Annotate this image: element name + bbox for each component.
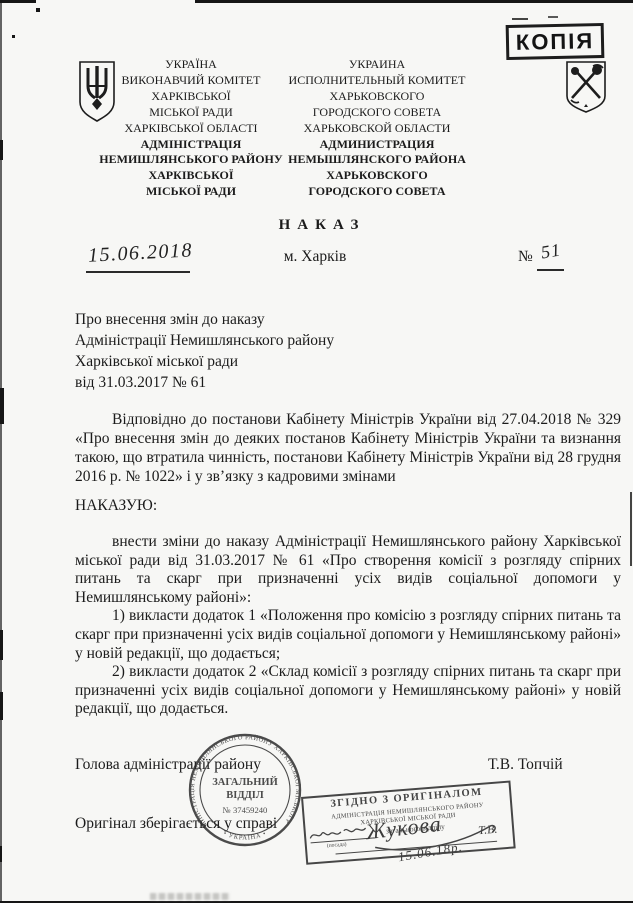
round-seal: АДМІНІСТРАЦІЯ НЕМИШЛЯНСЬКОГО РАЙОНУ ХАРК… xyxy=(186,731,304,849)
city-label: м. Харків xyxy=(75,248,555,266)
scan-artifact xyxy=(0,388,4,424)
scan-artifact xyxy=(195,0,633,3)
position-caption: (посада) xyxy=(327,842,347,850)
signer-name: Т.В. Топчій xyxy=(488,756,563,774)
scan-artifact xyxy=(0,692,3,720)
preamble-text: Відповідно до постанови Кабінету Міністр… xyxy=(75,410,621,486)
scan-artifact xyxy=(0,140,3,160)
preamble-paragraph: Відповідно до постанови Кабінету Міністр… xyxy=(75,410,621,486)
certification-stamp: ЗГІДНО З ОРИГІНАЛОМ АДМІНІСТРАЦІЯ НЕМИШЛ… xyxy=(301,781,516,865)
order-item-2: 2) викласти додаток 2 «Склад комісії з р… xyxy=(75,663,621,719)
org-name-ru: УКРАИНА ИСПОЛНИТЕЛЬНЫЙ КОМИТЕТ ХАРЬКОВСК… xyxy=(281,57,473,137)
org-name-uk: УКРАЇНА ВИКОНАВЧИЙ КОМІТЕТ ХАРКІВСЬКОЇ М… xyxy=(95,57,287,137)
document-title: НАКАЗ xyxy=(75,217,569,234)
scan-artifact xyxy=(0,846,2,862)
seal-number: № 37459240 xyxy=(223,805,268,815)
bleedthrough-smudge xyxy=(150,893,230,900)
order-item-1: 1) викласти додаток 1 «Положення про ком… xyxy=(75,607,621,663)
order-items: внести зміни до наказу Адміністрації Нем… xyxy=(75,533,621,719)
org-name-uk-bold: АДМІНІСТРАЦІЯ НЕМИШЛЯНСЬКОГО РАЙОНУ ХАРК… xyxy=(95,137,287,201)
kharkiv-coat-of-arms-icon xyxy=(563,60,609,114)
scan-artifact xyxy=(630,492,632,566)
subject-block: Про внесення змін до наказу Адміністраці… xyxy=(75,309,334,393)
svg-text:• УКРАЇНА •: • УКРАЇНА • xyxy=(222,830,267,842)
seal-center-line2: ВІДДІЛ xyxy=(226,790,264,801)
scan-artifact xyxy=(0,0,36,3)
scan-speck xyxy=(36,8,40,12)
header-ukrainian: УКРАЇНА ВИКОНАВЧИЙ КОМІТЕТ ХАРКІВСЬКОЇ М… xyxy=(95,57,287,200)
seal-ring-bottom-text: • УКРАЇНА • xyxy=(222,830,267,842)
scan-speck xyxy=(548,16,558,18)
number-underline xyxy=(537,269,564,271)
seal-center-line1: ЗАГАЛЬНИЙ xyxy=(212,776,278,788)
number-label: № xyxy=(518,248,533,266)
order-intro: внести зміни до наказу Адміністрації Нем… xyxy=(75,533,621,607)
scan-speck xyxy=(12,35,15,38)
scanned-order-document: КОПІЯ УКРАЇНА ВИКОНАВЧИЙ КОМІТЕТ ХАРКІВС… xyxy=(0,0,633,903)
org-name-ru-bold: АДМИНИСТРАЦИЯ НЕМЫШЛЯНСКОГО РАЙОНА ХАРЬК… xyxy=(281,137,473,201)
scan-artifact xyxy=(0,0,2,903)
header-russian: УКРАИНА ИСПОЛНИТЕЛЬНЫЙ КОМИТЕТ ХАРЬКОВСК… xyxy=(281,57,473,200)
scan-speck xyxy=(512,18,528,20)
copy-stamp-label: КОПІЯ xyxy=(516,28,595,56)
date-underline xyxy=(86,271,190,273)
copy-stamp: КОПІЯ xyxy=(506,23,605,60)
directive-word: НАКАЗУЮ: xyxy=(75,497,157,515)
handwritten-number: 51 xyxy=(539,240,562,264)
scan-artifact xyxy=(0,630,3,660)
